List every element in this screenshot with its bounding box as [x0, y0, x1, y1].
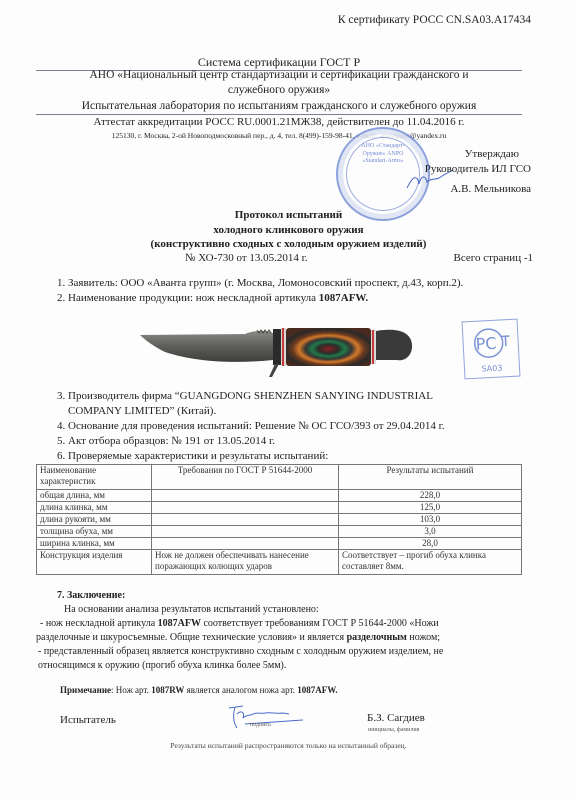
name-caption: инициалы, фамилия [368, 727, 419, 733]
table-cell: 228,0 [339, 490, 522, 502]
table-row: Конструкция изделия Нож не должен обеспе… [37, 550, 522, 575]
results-table: Наименование характеристик Требования по… [36, 464, 522, 575]
stamp-text: АНО «Стандарт-Оружие» ANPO «Standart-Arm… [360, 143, 406, 166]
checked-characteristics: 6. Проверяемые характеристики и результа… [57, 450, 328, 462]
signature-caption: подпись [250, 722, 271, 728]
page-count: Всего страниц -1 [453, 252, 533, 264]
applicant: 1. Заявитель: ООО «Аванта групп» (г. Мос… [57, 277, 463, 289]
product-label: 2. Наименование продукции: нож нескладно… [57, 292, 319, 304]
table-cell [152, 502, 339, 514]
header-divider [36, 114, 522, 115]
protocol-title: Протокол испытаний [0, 209, 577, 221]
table-cell [152, 514, 339, 526]
table-cell [152, 526, 339, 538]
tester-name: Б.З. Сагдиев [367, 712, 425, 724]
protocol-subtitle: холодного клинкового оружия [0, 224, 577, 236]
accreditation: Аттестат аккредитации РОСС RU.0001.21МЖ3… [36, 116, 522, 128]
test-basis: 4. Основание для проведения испытаний: Р… [57, 420, 445, 432]
table-cell: толщина обуха, мм [37, 526, 152, 538]
article: 1087AFW [158, 618, 201, 629]
conclusion-point1: - нож нескладной артикула 1087AFW соотве… [40, 618, 439, 629]
article: 1087AFW. [297, 685, 337, 695]
header-cell: Требования по ГОСТ Р 51644-2000 [152, 465, 339, 490]
table-header-row: Наименование характеристик Требования по… [37, 465, 522, 490]
header-cell: Наименование характеристик [37, 465, 152, 490]
conclusion-point1-cont: разделочные и шкуросъемные. Общие технич… [36, 632, 440, 643]
svg-text:PC: PC [475, 334, 497, 354]
table-cell [152, 490, 339, 502]
product-article: 1087AFW. [319, 292, 368, 304]
manufacturer-line1: 3. Производитель фирма “GUANGDONG SHENZH… [57, 390, 433, 402]
text: - нож нескладной артикула [40, 618, 158, 629]
text: является аналогом ножа арт. [184, 685, 297, 695]
table-cell: длина рукояти, мм [37, 514, 152, 526]
table-cell: Соответствует – прогиб обуха клинка сост… [339, 550, 522, 575]
table-cell: 28,0 [339, 538, 522, 550]
address-contacts: 125130, г. Москва, 2-ой Новоподмосковный… [36, 131, 522, 140]
conclusion-point2-cont: относящимся к оружию (прогиб обуха клинк… [38, 660, 286, 671]
table-row: длина рукояти, мм 103,0 [37, 514, 522, 526]
table-cell [152, 538, 339, 550]
text: разделочные и шкуросъемные. Общие технич… [36, 632, 347, 643]
approver-name: А.В. Мельникова [450, 183, 531, 195]
organization-line2: служебного оружия» [36, 84, 522, 96]
protocol-number: № ХО-730 от 13.05.2014 г. [185, 252, 308, 264]
knife-photo [135, 320, 430, 382]
text: соответствует требованиям ГОСТ Р 51644-2… [201, 618, 439, 629]
text: : Нож арт. [111, 685, 151, 695]
table-cell: 3,0 [339, 526, 522, 538]
organization-line1: АНО «Национальный центр стандартизации и… [36, 69, 522, 81]
product-name: 2. Наименование продукции: нож нескладно… [57, 292, 368, 304]
table-cell: ширина клинка, мм [37, 538, 152, 550]
note: Примечание: Нож арт. 1087RW является ана… [60, 685, 338, 695]
conclusion-point2: - представленный образец является констр… [38, 646, 443, 657]
note-label: Примечание [60, 685, 111, 695]
tester-label: Испытатель [60, 714, 116, 726]
table-row: толщина обуха, мм 3,0 [37, 526, 522, 538]
table-cell: длина клинка, мм [37, 502, 152, 514]
certification-system: Система сертификации ГОСТ Р [36, 55, 522, 70]
header-cell: Результаты испытаний [339, 465, 522, 490]
laboratory-name: Испытательная лаборатория по испытаниям … [36, 100, 522, 112]
knife-type: разделочным [347, 632, 407, 643]
manufacturer-line2: COMPANY LIMITED” (Китай). [68, 405, 216, 417]
table-row: общая длина, мм 228,0 [37, 490, 522, 502]
table-cell: Конструкция изделия [37, 550, 152, 575]
conclusion-intro: На основании анализа результатов испытан… [64, 604, 319, 615]
approve-label: Утверждаю [465, 148, 519, 160]
table-cell: 125,0 [339, 502, 522, 514]
table-row: ширина клинка, мм 28,0 [37, 538, 522, 550]
article: 1087RW [151, 685, 184, 695]
approver-role: Руководитель ИЛ ГСО [425, 163, 531, 175]
text: ножом; [407, 632, 440, 643]
conclusion-heading: 7. Заключение: [57, 590, 125, 601]
certificate-reference: К сертификату РОСС CN.SA03.A17434 [338, 14, 531, 26]
footer-note: Результаты испытаний распространяются то… [0, 741, 577, 750]
protocol-subtitle-2: (конструктивно сходных с холодным оружие… [0, 238, 577, 250]
table-cell: Нож не должен обеспечивать нанесение пор… [152, 550, 339, 575]
gost-certification-mark: PC SA03 [462, 319, 521, 380]
mark-code: SA03 [465, 363, 519, 375]
pct-logo-icon: PC [463, 320, 519, 363]
table-cell: 103,0 [339, 514, 522, 526]
table-row: длина клинка, мм 125,0 [37, 502, 522, 514]
sampling-act: 5. Акт отбора образцов: № 191 от 13.05.2… [57, 435, 275, 447]
table-cell: общая длина, мм [37, 490, 152, 502]
